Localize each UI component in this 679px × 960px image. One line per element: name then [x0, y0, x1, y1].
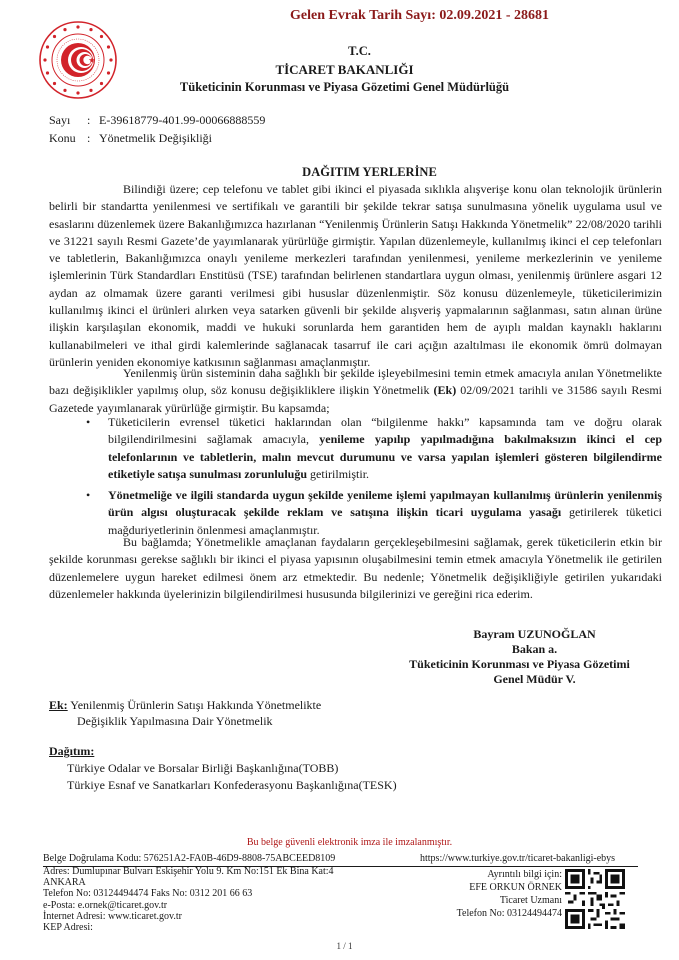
paragraph-text: Bu bağlamda; Yönetmelikle amaçlanan fayd…: [49, 534, 662, 603]
distribution-item: Türkiye Esnaf ve Sanatkarları Konfederas…: [49, 777, 397, 794]
konu-label: Konu: [49, 131, 87, 146]
attachment-label: Ek:: [49, 698, 68, 712]
page-number: 1 / 1: [0, 941, 679, 951]
bullet-item: •Tüketicilerin evrensel tüketici hakları…: [108, 414, 662, 483]
address-line: Adres: Dumlupınar Bulvarı Eskişehir Yolu…: [43, 866, 334, 877]
signatory-on-behalf: Bakan a.: [390, 642, 679, 657]
attachment-reference: (Ek): [434, 383, 457, 397]
konu-value: Yönetmelik Değişikliği: [99, 131, 212, 145]
republic-heading: T.C.: [0, 44, 679, 59]
bullet-text: getirilmiştir.: [307, 467, 369, 481]
signatory-unit: Tüketicinin Korunması ve Piyasa Gözetimi: [360, 657, 679, 672]
phone-fax: Telefon No: 03124494474 Faks No: 0312 20…: [43, 888, 334, 899]
distribution-item: Türkiye Odalar ve Borsalar Birliği Başka…: [49, 760, 397, 777]
body-paragraph-2: Yenilenmiş ürün sisteminin daha sağlıklı…: [49, 365, 662, 417]
contact-phone: Telefon No: 03124494474: [420, 907, 562, 920]
separator: :: [87, 113, 99, 128]
paragraph-text: Yenilenmiş ürün sisteminin daha sağlıklı…: [49, 365, 662, 417]
contact-block: Ayrıntılı bilgi için: EFE ORKUN ÖRNEK Ti…: [420, 868, 562, 920]
distribution-label: Dağıtım:: [49, 743, 397, 760]
bullet-item: •Yönetmeliğe ve ilgili standarda uygun ş…: [108, 487, 662, 539]
verification-code: Belge Doğrulama Kodu: 576251A2-FA0B-46D9…: [43, 853, 335, 864]
website-link[interactable]: İnternet Adresi: www.ticaret.gov.tr: [43, 911, 334, 922]
incoming-document-stamp: Gelen Evrak Tarih Sayı: 02.09.2021 - 286…: [290, 8, 549, 24]
body-paragraph-3: Bu bağlamda; Yönetmelikle amaçlanan fayd…: [49, 534, 662, 603]
e-signature-notice: Bu belge güvenli elektronik imza ile imz…: [0, 837, 679, 848]
email-link[interactable]: e-Posta: e.ornek@ticaret.gov.tr: [43, 900, 334, 911]
document-number: Sayı:E-39618779-401.99-00066888559: [49, 113, 265, 128]
attachment-line-1: Yenilenmiş Ürünlerin Satışı Hakkında Yön…: [70, 698, 321, 712]
bullet-icon: •: [86, 414, 90, 431]
directorate-heading: Tüketicinin Korunması ve Piyasa Gözetimi…: [0, 80, 679, 95]
qr-code-icon: [565, 869, 625, 929]
body-paragraph-1: Bilindiği üzere; cep telefonu ve tablet …: [49, 181, 662, 371]
separator: :: [87, 131, 99, 146]
document-subject: Konu:Yönetmelik Değişikliği: [49, 131, 212, 146]
signatory-title: Genel Müdür V.: [390, 672, 679, 687]
contact-title: Ticaret Uzmanı: [420, 894, 562, 907]
contact-name: EFE ORKUN ÖRNEK: [420, 881, 562, 894]
paragraph-text: Bilindiği üzere; cep telefonu ve tablet …: [49, 181, 662, 371]
address-city: ANKARA: [43, 877, 334, 888]
contact-label: Ayrıntılı bilgi için:: [420, 868, 562, 881]
verification-url-link[interactable]: https://www.turkiye.gov.tr/ticaret-bakan…: [420, 853, 615, 864]
bullet-list: •Tüketicilerin evrensel tüketici hakları…: [108, 414, 662, 543]
distribution-section: Dağıtım: Türkiye Odalar ve Borsalar Birl…: [49, 743, 397, 794]
address-block: Adres: Dumlupınar Bulvarı Eskişehir Yolu…: [43, 866, 334, 933]
ministry-heading: TİCARET BAKANLIĞI: [0, 62, 679, 78]
sayi-value: E-39618779-401.99-00066888559: [99, 113, 265, 127]
bullet-icon: •: [86, 487, 90, 504]
signature-block: Bayram UZUNOĞLAN Bakan a. Tüketicinin Ko…: [390, 627, 679, 687]
signatory-name: Bayram UZUNOĞLAN: [390, 627, 679, 642]
attachment-line-2: Değişiklik Yapılmasına Dair Yönetmelik: [49, 714, 321, 730]
sayi-label: Sayı: [49, 113, 87, 128]
kep-address: KEP Adresi:: [43, 922, 334, 933]
addressee-title: DAĞITIM YERLERİNE: [0, 165, 679, 180]
attachment-section: Ek: Yenilenmiş Ürünlerin Satışı Hakkında…: [49, 698, 321, 729]
